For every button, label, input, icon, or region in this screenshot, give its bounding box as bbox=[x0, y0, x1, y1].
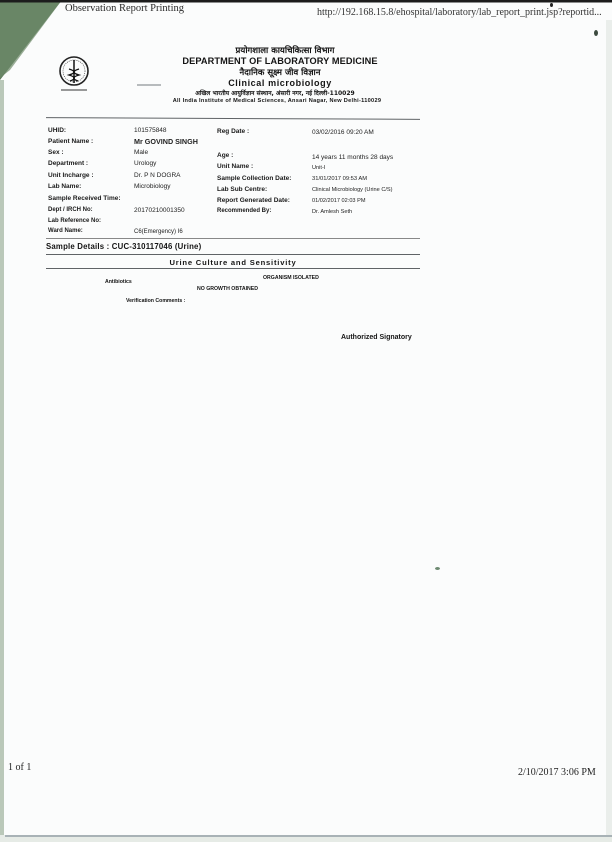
lab-name-label: Lab Name: bbox=[48, 183, 81, 190]
test-title: Urine Culture and Sensitivity bbox=[46, 258, 420, 267]
letterhead: प्रयोगशाला कायचिकित्सा विभाग DEPARTMENT … bbox=[130, 45, 430, 104]
organism-isolated-header: ORGANISM ISOLATED bbox=[263, 275, 319, 281]
department-value: Urology bbox=[134, 160, 156, 167]
hindi-division-name: नैदानिक सूक्ष्म जीव विज्ञान bbox=[130, 67, 430, 78]
sample-received-time-label: Sample Received Time: bbox=[48, 195, 121, 202]
age-label: Age : bbox=[217, 152, 233, 159]
divider bbox=[46, 268, 420, 269]
department-label: Department : bbox=[48, 160, 88, 167]
scan-speck bbox=[435, 567, 440, 570]
aiims-caduceus-emblem-icon bbox=[56, 55, 92, 95]
scan-speck bbox=[594, 30, 598, 36]
verification-comments-label: Verification Comments : bbox=[126, 298, 185, 304]
culture-result: NO GROWTH OBTAINED bbox=[197, 286, 258, 292]
sex-label: Sex : bbox=[48, 149, 64, 156]
lab-reference-label: Lab Reference No: bbox=[48, 218, 101, 224]
uhid-value: 101575848 bbox=[134, 127, 167, 134]
unit-incharge-value: Dr. P N DOGRA bbox=[134, 172, 180, 179]
age-value: 14 years 11 months 28 days bbox=[312, 154, 393, 161]
reg-date-label: Reg Date : bbox=[217, 128, 249, 135]
authorized-signatory: Authorized Signatory bbox=[341, 334, 412, 341]
unit-name-label: Unit Name : bbox=[217, 163, 253, 170]
scan-speck bbox=[550, 3, 553, 7]
report-generated-date-label: Report Generated Date: bbox=[217, 197, 290, 204]
dept-irch-label: Dept / IRCH No: bbox=[48, 207, 93, 213]
printed-timestamp: 2/10/2017 3:06 PM bbox=[518, 767, 596, 778]
hindi-address: अखिल भारतीय आयुर्विज्ञान संस्थान, अंसारी… bbox=[120, 89, 430, 97]
recommended-by-label: Recommended By: bbox=[217, 208, 271, 214]
print-page-title: Observation Report Printing bbox=[65, 3, 184, 14]
unit-name-value: Unit-I bbox=[312, 165, 325, 171]
patient-name-value: Mr GOVIND SINGH bbox=[134, 137, 198, 146]
dept-irch-value: 20170210001350 bbox=[134, 207, 185, 214]
print-page-url: http://192.168.15.8/ehospital/laboratory… bbox=[317, 7, 602, 18]
ward-name-label: Ward Name: bbox=[48, 228, 83, 234]
antibiotics-label: Antibiotics bbox=[105, 279, 132, 285]
lab-sub-centre-value: Clinical Microbiology (Urine C/S) bbox=[312, 187, 393, 193]
recommended-by-value: Dr. Amlesh Seth bbox=[312, 209, 352, 215]
uhid-label: UHID: bbox=[48, 127, 66, 134]
divider bbox=[46, 254, 420, 255]
lab-sub-centre-label: Lab Sub Centre: bbox=[217, 186, 267, 193]
hindi-department-name: प्रयोगशाला कायचिकित्सा विभाग bbox=[140, 45, 430, 56]
page-count: 1 of 1 bbox=[8, 762, 31, 773]
patient-name-label: Patient Name : bbox=[48, 138, 93, 145]
scan-edge-shading bbox=[0, 0, 612, 842]
department-name: DEPARTMENT OF LABORATORY MEDICINE bbox=[130, 56, 430, 66]
sex-value: Male bbox=[134, 149, 148, 156]
lab-name-value: Microbiology bbox=[134, 183, 171, 190]
division-name: Clinical microbiology bbox=[130, 78, 430, 88]
report-generated-date-value: 01/02/2017 02:03 PM bbox=[312, 198, 366, 204]
unit-incharge-label: Unit Incharge : bbox=[48, 172, 94, 179]
sample-collection-date-label: Sample Collection Date: bbox=[217, 175, 291, 182]
ward-name-value: C6(Emergency) I6 bbox=[134, 229, 183, 235]
sample-collection-date-value: 31/01/2017 09:53 AM bbox=[312, 176, 367, 182]
sample-details-heading: Sample Details : CUC-310117046 (Urine) bbox=[46, 242, 201, 251]
institute-address: All India Institute of Medical Sciences,… bbox=[124, 98, 430, 104]
reg-date-value: 03/02/2016 09:20 AM bbox=[312, 129, 374, 136]
divider bbox=[46, 238, 420, 239]
divider bbox=[46, 117, 420, 120]
